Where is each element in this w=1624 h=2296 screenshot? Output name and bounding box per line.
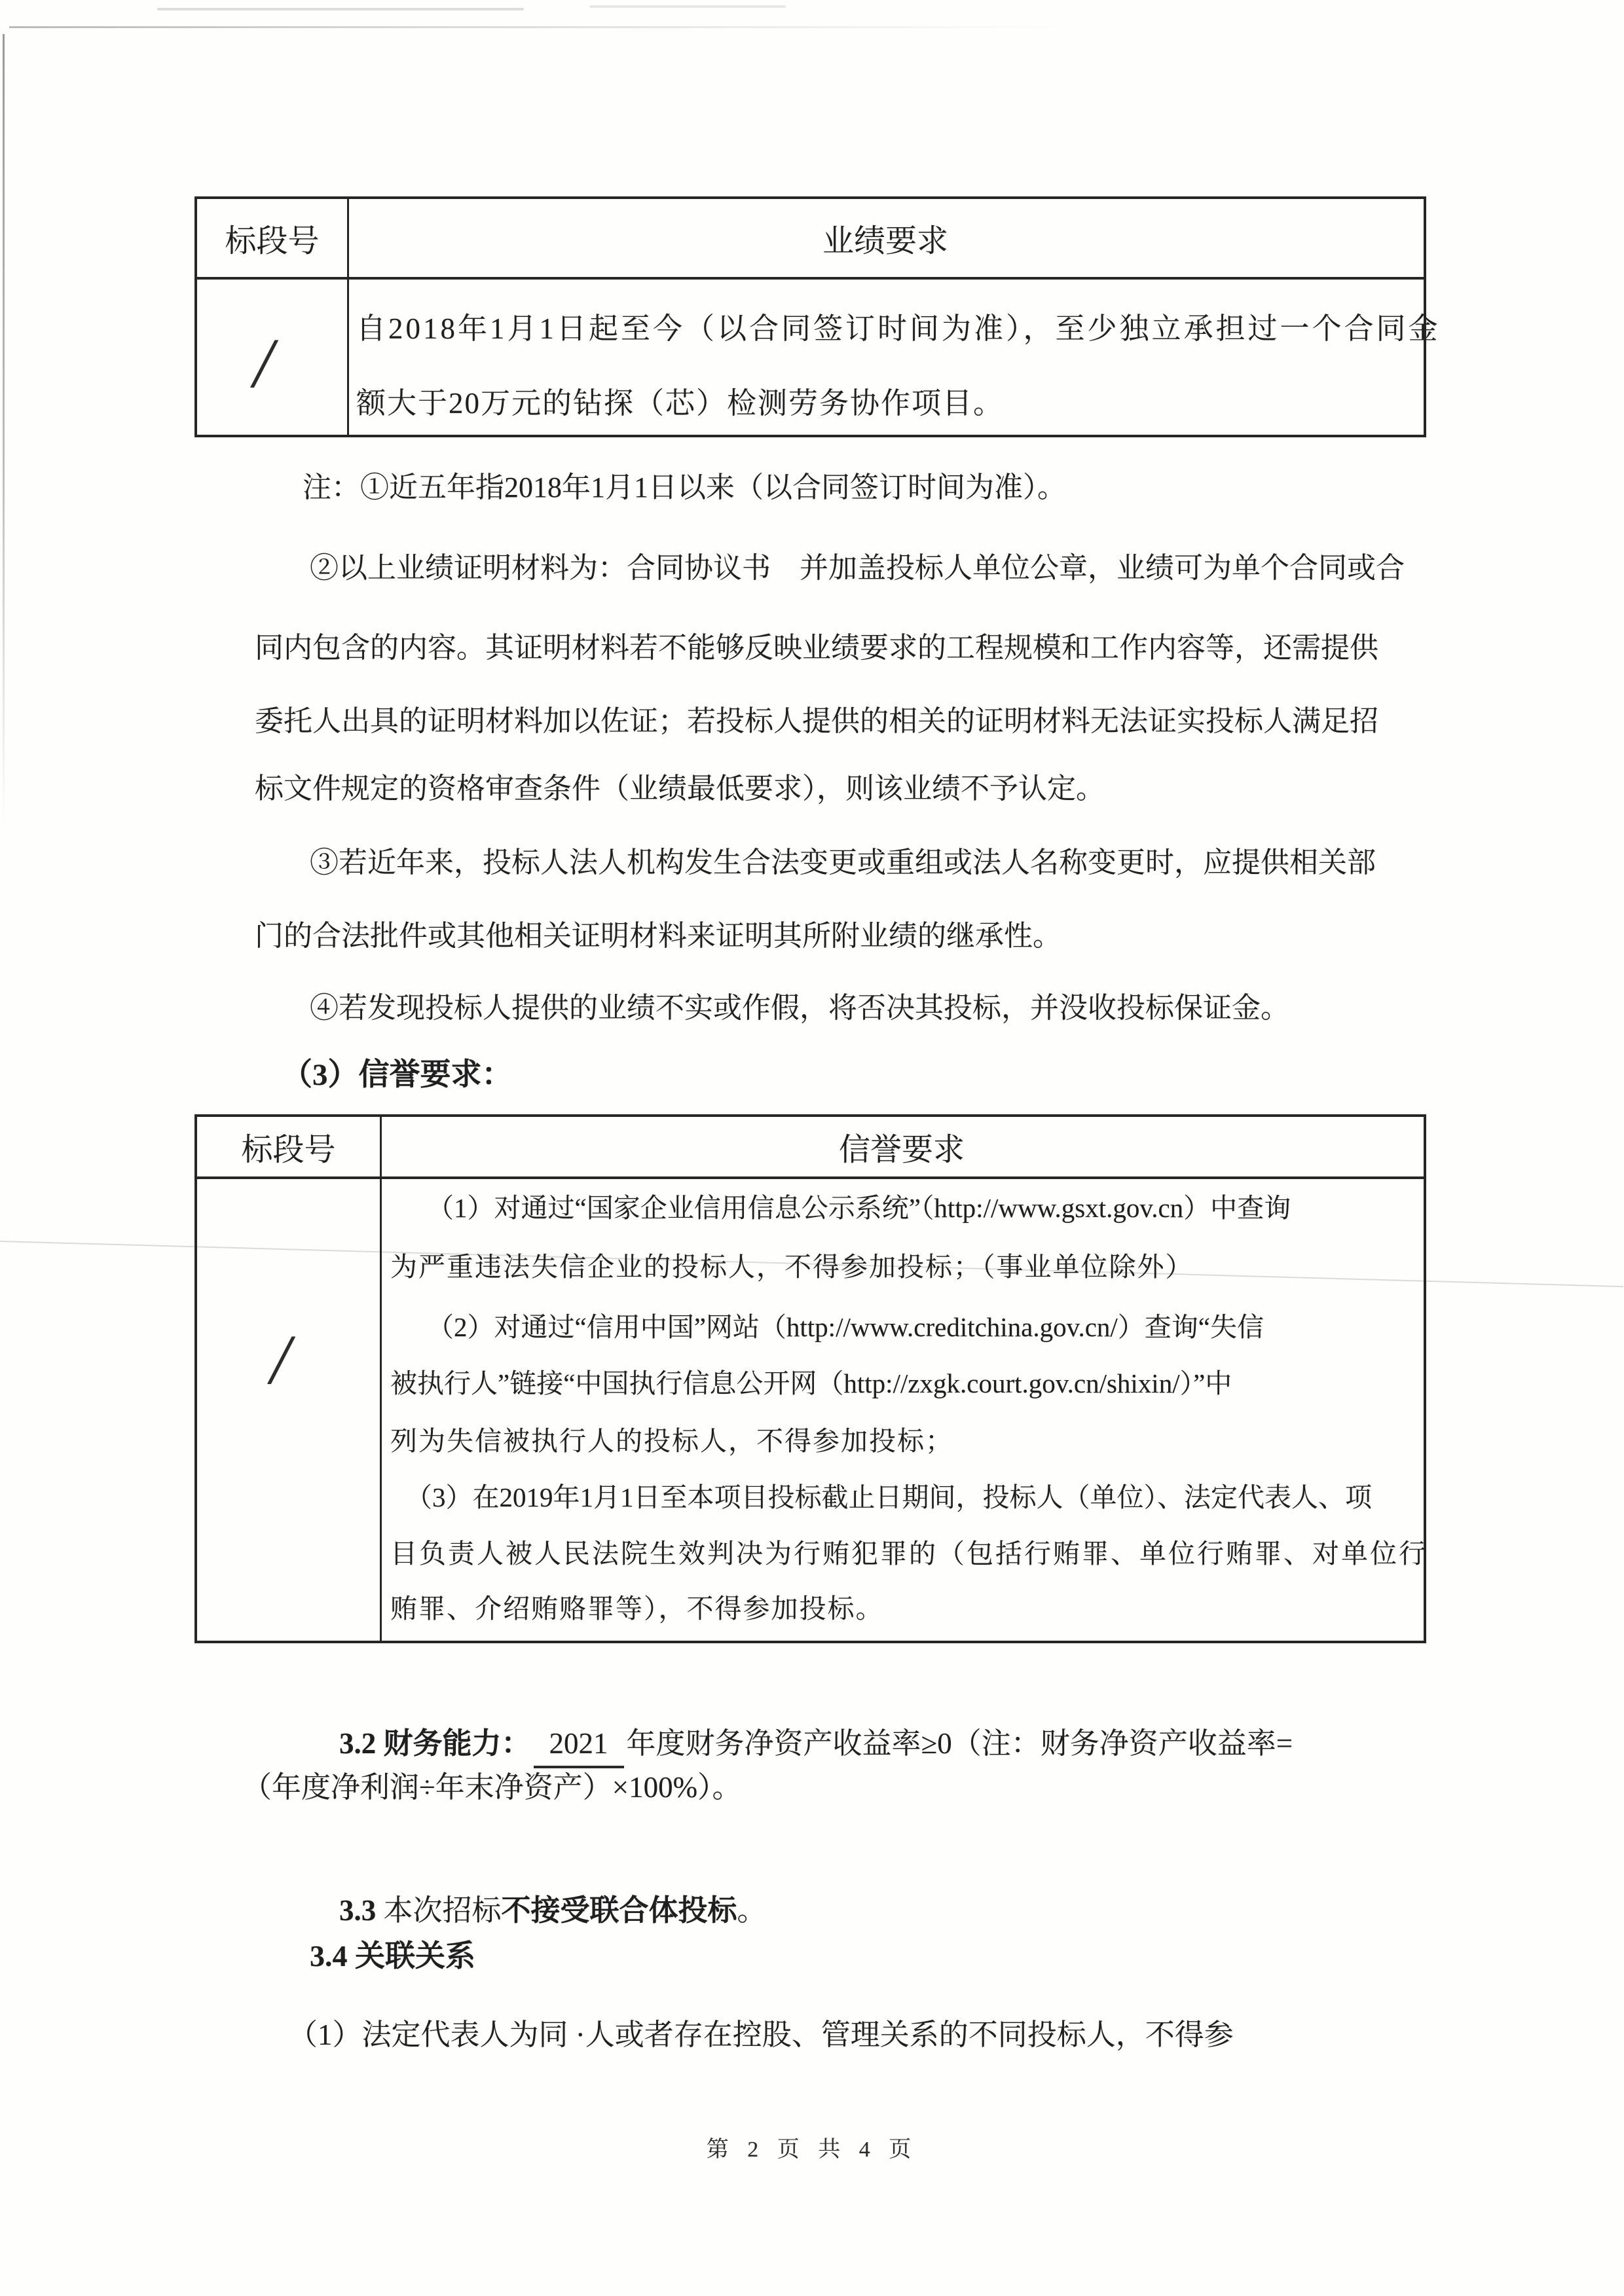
credit-req-line-8: 贿罪、介绍贿赂罪等），不得参加投标。	[390, 1589, 884, 1628]
credit-req-line-1: （1）对通过“国家企业信用信息公示系统”（http://www.gsxt.gov…	[427, 1188, 1291, 1228]
section-3-4-heading: 3.4 关联关系	[310, 1937, 475, 1976]
note-1: 注：①近五年指2018年1月1日以来（以合同签订时间为准）。	[303, 468, 1066, 507]
scan-top-edge-line	[9, 26, 1070, 28]
credit-requirements-table: 标段号 信誉要求 / （1）对通过“国家企业信用信息公示系统”（http://w…	[194, 1114, 1426, 1643]
section-no-slash: /	[253, 323, 273, 405]
table-column-divider	[380, 1117, 382, 1641]
note-2-line-1: ②以上业绩证明材料为：合同协议书 并加盖投标人单位公章，业绩可为单个合同或合	[310, 549, 1405, 588]
section-3-3-post: 。	[737, 1894, 767, 1927]
document-page: 标段号 业绩要求 / 自2018年1月1日起至今（以合同签订时间为准），至少独立…	[0, 0, 1624, 2296]
note-4: ④若发现投标人提供的业绩不实或作假，将否决其投标，并没收投标保证金。	[310, 989, 1289, 1028]
scan-top-smudge-2	[589, 5, 786, 8]
section-3-3-bold-text: 不接受联合体投标	[502, 1894, 737, 1927]
section-no-slash: /	[270, 1320, 290, 1401]
performance-requirements-table: 标段号 业绩要求 / 自2018年1月1日起至今（以合同签订时间为准），至少独立…	[194, 196, 1426, 437]
financial-year-underlined: 2021	[534, 1724, 624, 1768]
performance-req-line-2: 额大于20万元的钻探（芯）检测劳务协作项目。	[356, 384, 1004, 423]
credit-req-line-7: 目负责人被人民法院生效判决为行贿犯罪的（包括行贿罪、单位行贿罪、对单位行	[390, 1534, 1428, 1573]
note-3-line-2: 门的合法批件或其他相关证明材料来证明其所附业绩的继承性。	[255, 917, 1061, 956]
note-2-line-2: 同内包含的内容。其证明材料若不能够反映业绩要求的工程规模和工作内容等，还需提供	[255, 629, 1378, 668]
section-3-2-label: 3.2 财务能力：	[339, 1727, 531, 1760]
table-header-divider	[197, 277, 1424, 280]
scan-left-edge-line	[3, 34, 5, 826]
section-3-2-rest: 年度财务净资产收益率≥0（注：财务净资产收益率=	[627, 1727, 1293, 1760]
performance-req-line-1: 自2018年1月1日起至今（以合同签订时间为准），至少独立承担过一个合同金	[356, 309, 1441, 348]
column-header-credit: 信誉要求	[380, 1117, 1424, 1176]
credit-req-line-3: （2）对通过“信用中国”网站（http://www.creditchina.go…	[427, 1307, 1264, 1347]
table-header-divider	[197, 1176, 1424, 1179]
column-header-performance: 业绩要求	[347, 199, 1424, 277]
credit-req-line-6: （3）在2019年1月1日至本项目投标截止日期间，投标人（单位）、法定代表人、项	[405, 1478, 1372, 1517]
section-3-4-item-1: （1）法定代表人为同 ·人或者存在控股、管理关系的不同投标人，不得参	[288, 2015, 1234, 2054]
note-3-line-1: ③若近年来，投标人法人机构发生合法变更或重组或法人名称变更时，应提供相关部	[310, 843, 1376, 883]
section-3-3-number: 3.3	[339, 1894, 384, 1927]
credit-req-line-5: 列为失信被执行人的投标人，不得参加投标；	[390, 1421, 953, 1461]
credit-req-line-2: 为严重违法失信企业的投标人，不得参加投标；（事业单位除外）	[390, 1247, 1194, 1286]
section-3-2-line-2: （年度净利润÷年末净资产）×100%）。	[242, 1768, 742, 1807]
credit-requirements-heading: （3）信誉要求：	[282, 1055, 513, 1095]
column-header-section-no: 标段号	[197, 199, 347, 277]
column-header-section-no: 标段号	[197, 1117, 380, 1176]
note-2-line-3: 委托人出具的证明材料加以佐证；若投标人提供的相关的证明材料无法证实投标人满足招	[255, 702, 1378, 741]
section-3-3-pre: 本次招标	[384, 1894, 502, 1927]
page-number-footer: 第 2 页 共 4 页	[0, 2131, 1624, 2163]
credit-req-line-4: 被执行人”链接“中国执行信息公开网（http://zxgk.court.gov.…	[390, 1364, 1232, 1403]
scan-top-smudge	[157, 8, 524, 10]
note-2-line-4: 标文件规定的资格审查条件（业绩最低要求），则该业绩不予认定。	[255, 769, 1105, 809]
